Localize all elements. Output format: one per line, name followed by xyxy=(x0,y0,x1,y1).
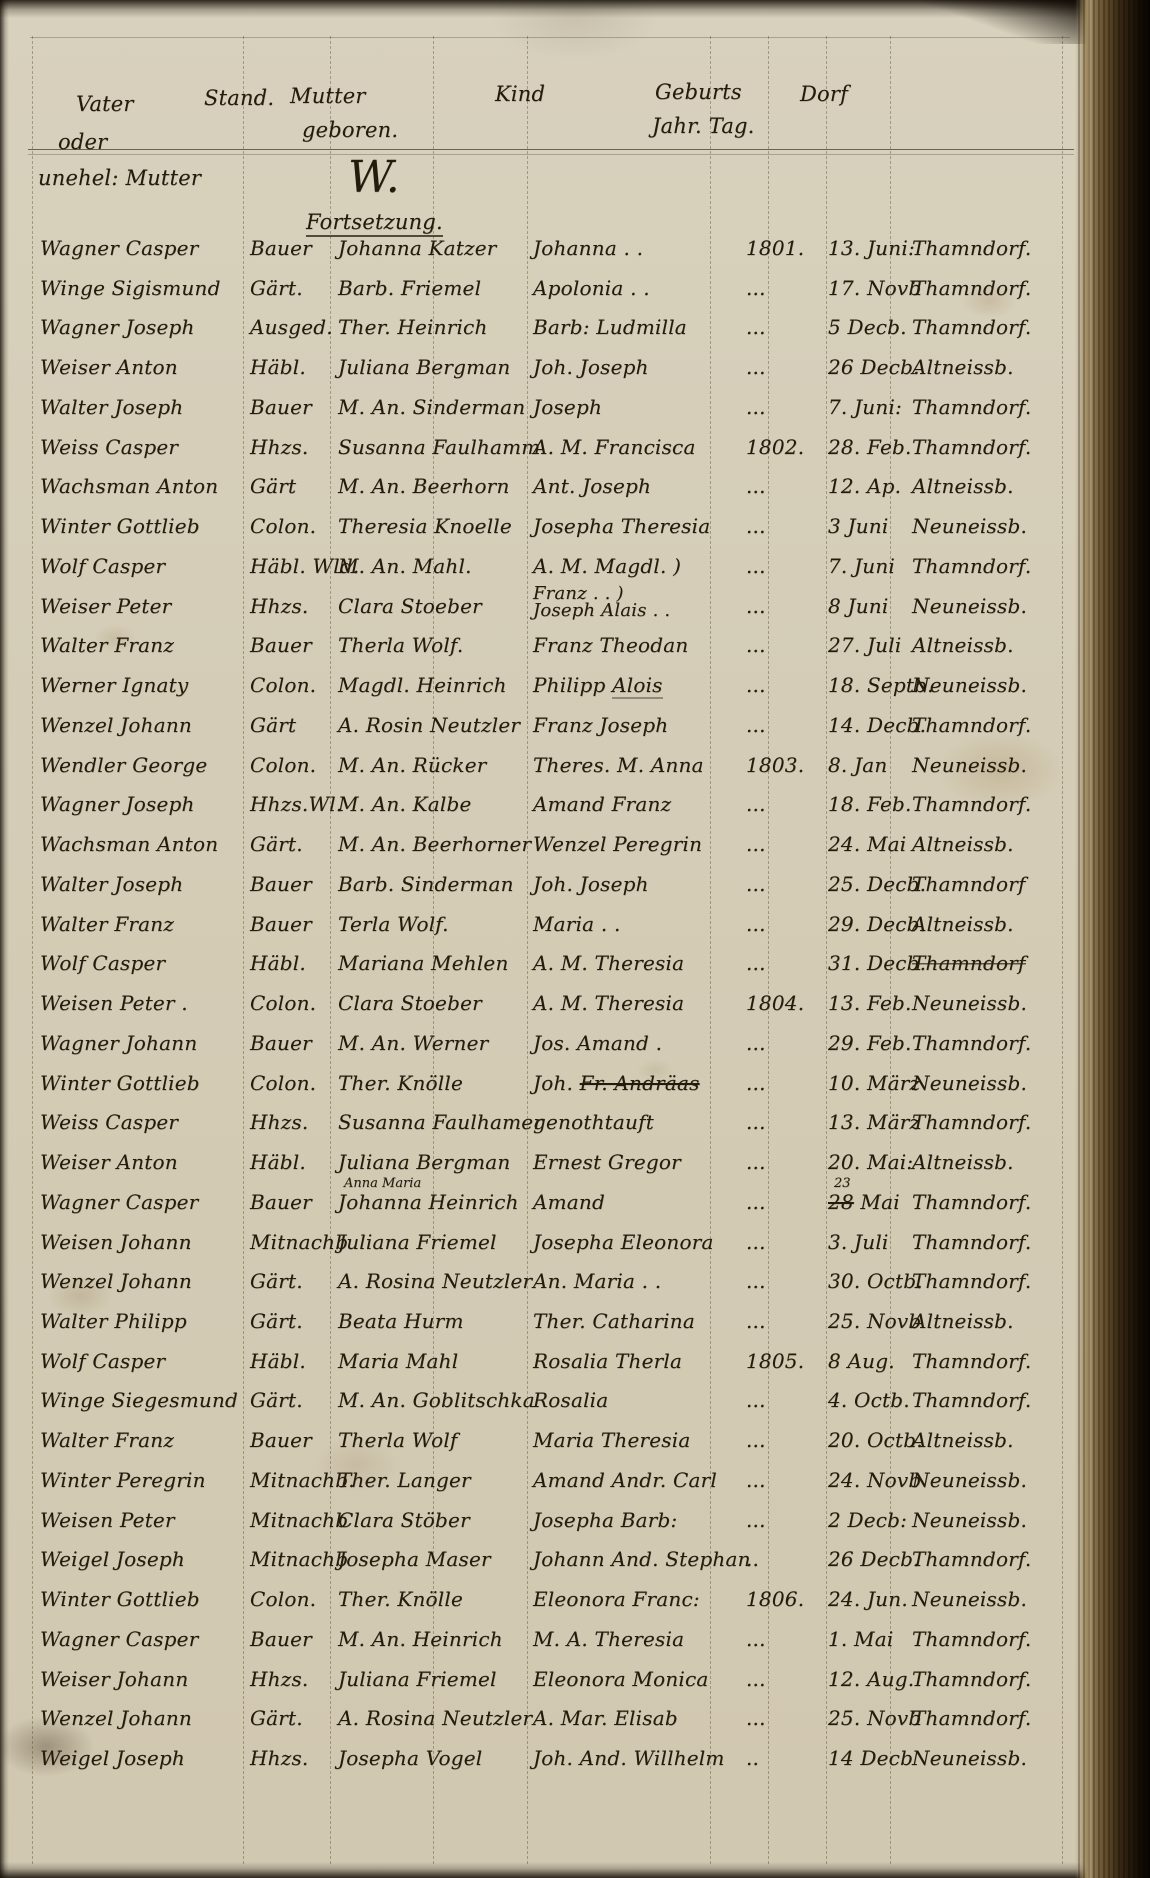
header-stand: Stand. xyxy=(204,86,274,110)
child-name: Joh. Joseph xyxy=(533,872,649,896)
birth-year: ... xyxy=(746,1110,766,1134)
birth-day: 3 Juni xyxy=(828,514,888,538)
father-name: Winge Sigismund xyxy=(40,276,221,300)
register-row: Walter JosephBauerBarb. SindermanJoh. Jo… xyxy=(0,872,1100,912)
status: Hhzs. xyxy=(250,435,308,459)
child-name: Ernest Gregor xyxy=(533,1150,681,1174)
register-row: Weiser AntonHäbl.Juliana BergmanErnest G… xyxy=(0,1150,1100,1190)
register-row: Walter JosephBauerM. An. SindermanJoseph… xyxy=(0,395,1100,435)
birth-day: 29. Feb. xyxy=(828,1031,912,1055)
mother-name: M. An. Goblitschka xyxy=(338,1388,535,1412)
village: Thamndorf. xyxy=(912,315,1031,339)
father-name: Weigel Joseph xyxy=(40,1746,185,1770)
village: Thamndorf. xyxy=(912,1706,1031,1730)
birth-year: ... xyxy=(746,713,766,737)
birth-day: 7. Juni xyxy=(828,554,895,578)
birth-year: 1803. xyxy=(746,753,804,777)
mother-name: Ther. Knölle xyxy=(338,1071,463,1095)
birth-day: 17. Novb xyxy=(828,276,921,300)
village: Thamndorf. xyxy=(912,435,1031,459)
birth-day: 24. Mai xyxy=(828,832,906,856)
father-name: Weiser Anton xyxy=(40,1150,178,1174)
father-name: Wagner Casper xyxy=(40,236,198,260)
header-father-line2: oder xyxy=(58,130,107,154)
child-name: Maria . . xyxy=(533,912,621,936)
village: Thamndorf. xyxy=(912,1230,1031,1254)
birth-year: ... xyxy=(746,514,766,538)
register-row: Wenzel JohannGärt.A. Rosina NeutzlerA. M… xyxy=(0,1706,1100,1746)
mother-name: M. An. Beerhorn xyxy=(338,474,510,498)
village: Altneissb. xyxy=(912,474,1014,498)
status: Mitnachb xyxy=(250,1508,348,1532)
child-name: A. M. Magdl. ) xyxy=(533,554,681,578)
register-row: Winter GottliebColon.Ther. KnölleEleonor… xyxy=(0,1587,1100,1627)
village: Altneissb. xyxy=(912,912,1014,936)
birth-day: 8 Juni xyxy=(828,594,888,618)
mother-name: Therla Wolf xyxy=(338,1428,458,1452)
birth-year: ... xyxy=(746,276,766,300)
register-row: Weiser JohannHhzs.Juliana FriemelEleonor… xyxy=(0,1667,1100,1707)
village: Altneissb. xyxy=(912,633,1014,657)
status: Gärt xyxy=(250,713,296,737)
birth-day: 24. Novb xyxy=(828,1468,921,1492)
child-name: Philipp Alois xyxy=(533,673,663,697)
father-name: Weisen Peter . xyxy=(40,991,188,1015)
child-name: Joseph xyxy=(533,395,602,419)
mother-name: Juliana Friemel xyxy=(338,1667,497,1691)
father-name: Wenzel Johann xyxy=(40,713,192,737)
mother-name: Juliana Bergman xyxy=(338,1150,510,1174)
header-child: Kind xyxy=(495,82,545,106)
birth-day: 13. Feb. xyxy=(828,991,912,1015)
mother-name: M. An. Kalbe xyxy=(338,792,472,816)
village: Thamndorf. xyxy=(912,554,1031,578)
register-row: Weiss CasperHhzs.Susanna FaulhammA. M. F… xyxy=(0,435,1100,475)
birth-year: ... xyxy=(746,912,766,936)
child-name: Theres. M. Anna xyxy=(533,753,704,777)
village: Thamndorf. xyxy=(912,1190,1031,1214)
birth-day: 1. Mai xyxy=(828,1627,893,1651)
birth-year: ... xyxy=(746,1309,766,1333)
mother-name: Maria Mahl xyxy=(338,1349,458,1373)
birth-year: ... xyxy=(746,1428,766,1452)
village: Neuneissb. xyxy=(912,991,1027,1015)
register-row: Weigel JosephMitnachbJosepha MaserJohann… xyxy=(0,1547,1100,1587)
mother-name: A. Rosina Neutzler xyxy=(338,1269,532,1293)
birth-day: 8 Aug. xyxy=(828,1349,895,1373)
father-name: Weisen Johann xyxy=(40,1230,192,1254)
book-binding xyxy=(1075,0,1150,1878)
father-name: Walter Franz xyxy=(40,912,174,936)
birth-year: ... xyxy=(746,1190,766,1214)
village: Thamndorf. xyxy=(912,276,1031,300)
header-rule-1 xyxy=(28,149,1074,150)
status: Bauer xyxy=(250,872,312,896)
birth-day: 18. Feb. xyxy=(828,792,912,816)
village: Altneissb. xyxy=(912,832,1014,856)
village: Neuneissb. xyxy=(912,1071,1027,1095)
child-name: Joh. Fr. Andräas xyxy=(533,1071,700,1095)
birth-year: ... xyxy=(746,474,766,498)
village: Thamndorf. xyxy=(912,1110,1031,1134)
register-row: Weiser AntonHäbl.Juliana BergmanJoh. Jos… xyxy=(0,355,1100,395)
birth-day: 25. Novb xyxy=(828,1706,921,1730)
birth-day: 28. Feb. xyxy=(828,435,912,459)
village: Thamndorf. xyxy=(912,1031,1031,1055)
birth-year: ... xyxy=(746,951,766,975)
header-birth-line1: Geburts xyxy=(655,80,742,104)
status: Häbl. xyxy=(250,1150,306,1174)
father-name: Weigel Joseph xyxy=(40,1547,185,1571)
register-row: Weiss CasperHhzs.Susanna Faulhamergenoth… xyxy=(0,1110,1100,1150)
register-row: Wolf CasperHäbl.Mariana MehlenA. M. Ther… xyxy=(0,951,1100,991)
section-continuation-label: Fortsetzung. xyxy=(306,210,443,237)
birth-year: ... xyxy=(746,554,766,578)
mother-name: Beata Hurm xyxy=(338,1309,464,1333)
register-row: Wagner CasperBauerJohanna KatzerJohanna … xyxy=(0,236,1100,276)
village: Neuneissb. xyxy=(912,753,1027,777)
birth-year: 1804. xyxy=(746,991,804,1015)
mother-name: A. Rosina Neutzler xyxy=(338,1706,532,1730)
birth-day: 2 Decb: xyxy=(828,1508,907,1532)
village: Thamndorf. xyxy=(912,1667,1031,1691)
birth-day: 3. Juli xyxy=(828,1230,889,1254)
mother-name: M. An. Sinderman xyxy=(338,395,525,419)
father-name: Weiss Casper xyxy=(40,1110,178,1134)
mother-name: Clara Stöber xyxy=(338,1508,470,1532)
birth-year: ... xyxy=(746,832,766,856)
mother-name: Magdl. Heinrich xyxy=(338,673,507,697)
status: Bauer xyxy=(250,1031,312,1055)
birth-day: 26 Decb. xyxy=(828,1547,920,1571)
father-name: Winter Gottlieb xyxy=(40,1071,200,1095)
mother-name: Ther. Langer xyxy=(338,1468,471,1492)
child-name: A. M. Theresia xyxy=(533,951,684,975)
register-row: Wenzel JohannGärtA. Rosin NeutzlerFranz … xyxy=(0,713,1100,753)
status: Colon. xyxy=(250,1071,316,1095)
mother-name: Theresia Knoelle xyxy=(338,514,512,538)
status: Colon. xyxy=(250,514,316,538)
birth-year: ... xyxy=(746,1627,766,1651)
birth-year: 1801. xyxy=(746,236,804,260)
register-row: Wolf CasperHäbl.Maria MahlRosalia Therla… xyxy=(0,1349,1100,1389)
father-name: Wendler George xyxy=(40,753,207,777)
child-name: Jos. Amand . xyxy=(533,1031,662,1055)
header-mother-line2: geboren. xyxy=(302,118,398,142)
mother-name: Clara Stoeber xyxy=(338,991,482,1015)
father-name: Wachsman Anton xyxy=(40,474,218,498)
page-left-edge xyxy=(0,0,9,1878)
status: Ausged. xyxy=(250,315,333,339)
birth-day: 20. Mai: xyxy=(828,1150,913,1174)
father-name: Wagner Johann xyxy=(40,1031,197,1055)
father-name: Weisen Peter xyxy=(40,1508,175,1532)
header-rule-2 xyxy=(28,154,1074,155)
binding-highlight xyxy=(1088,0,1092,1878)
father-name: Wagner Joseph xyxy=(40,792,195,816)
scanned-register-page: { "colors": {"paper":"#d4ccb8","ink":"#2… xyxy=(0,0,1150,1878)
status: Colon. xyxy=(250,753,316,777)
birth-year: 1806. xyxy=(746,1587,804,1611)
village: Thamndorf xyxy=(912,872,1026,896)
mother-name: M. An. Beerhorner xyxy=(338,832,531,856)
birth-year: ... xyxy=(746,872,766,896)
register-row: Winge SiegesmundGärt.M. An. GoblitschkaR… xyxy=(0,1388,1100,1428)
birth-year: ... xyxy=(746,1508,766,1532)
birth-year: ... xyxy=(746,395,766,419)
section-letter: W. xyxy=(348,152,400,203)
child-name: Franz Joseph xyxy=(533,713,668,737)
child-name: Rosalia xyxy=(533,1388,608,1412)
father-name: Wenzel Johann xyxy=(40,1706,192,1730)
father-name: Weiser Johann xyxy=(40,1667,188,1691)
register-row: Wendler GeorgeColon.M. An. RückerTheres.… xyxy=(0,753,1100,793)
birth-year: ... xyxy=(746,1388,766,1412)
status: Häbl. xyxy=(250,1349,306,1373)
father-name: Winter Gottlieb xyxy=(40,514,200,538)
child-name: Johanna . . xyxy=(533,236,643,260)
register-row: Walter PhilippGärt.Beata HurmTher. Catha… xyxy=(0,1309,1100,1349)
birth-year: ... xyxy=(746,1706,766,1730)
village: Neuneissb. xyxy=(912,1508,1027,1532)
register-row: Weisen Peter .Colon.Clara StoeberA. M. T… xyxy=(0,991,1100,1031)
village: Altneissb. xyxy=(912,355,1014,379)
register-row: Winter GottliebColon.Ther. KnölleJoh. Fr… xyxy=(0,1071,1100,1111)
register-row: Wachsman AntonGärt.M. An. BeerhornerWenz… xyxy=(0,832,1100,872)
birth-day: 14 Decb xyxy=(828,1746,913,1770)
birth-year: ... xyxy=(746,1468,766,1492)
father-name: Walter Philipp xyxy=(40,1309,187,1333)
village: Thamndorf. xyxy=(912,1547,1031,1571)
village: Altneissb. xyxy=(912,1150,1014,1174)
father-name: Weiser Anton xyxy=(40,355,178,379)
mother-name: M. An. Werner xyxy=(338,1031,488,1055)
status: Hhzs.Wl. xyxy=(250,792,342,816)
status: Bauer xyxy=(250,395,312,419)
village: Neuneissb. xyxy=(912,514,1027,538)
status: Mitnachb xyxy=(250,1547,348,1571)
child-name: genothtauft xyxy=(533,1110,654,1134)
register-row: Walter FranzBauerTerla Wolf.Maria . ....… xyxy=(0,912,1100,952)
status: Bauer xyxy=(250,1428,312,1452)
status: Colon. xyxy=(250,991,316,1015)
father-name: Wagner Casper xyxy=(40,1190,198,1214)
father-name: Wolf Casper xyxy=(40,951,165,975)
village: Thamndorf. xyxy=(912,713,1031,737)
child-name: Amand xyxy=(533,1190,605,1214)
header-father-line1: Vater xyxy=(76,92,134,116)
register-row: Winter PeregrinMitnachb.Ther. LangerAman… xyxy=(0,1468,1100,1508)
father-name: Walter Franz xyxy=(40,633,174,657)
child-name: Johann And. Stephan xyxy=(533,1547,751,1571)
mother-name: M. An. Heinrich xyxy=(338,1627,503,1651)
child-name: An. Maria . . xyxy=(533,1269,661,1293)
child-name: Amand Franz xyxy=(533,792,671,816)
status: Bauer xyxy=(250,1190,312,1214)
child-name: Eleonora Monica xyxy=(533,1667,709,1691)
birth-day: 13. März xyxy=(828,1110,920,1134)
birth-day: 13. Juni: xyxy=(828,236,915,260)
birth-year: ... xyxy=(746,673,766,697)
birth-day: 24. Jun. xyxy=(828,1587,908,1611)
mother-name: Terla Wolf. xyxy=(338,912,449,936)
status: Gärt. xyxy=(250,1269,303,1293)
status: Gärt. xyxy=(250,1309,303,1333)
status: Gärt. xyxy=(250,1388,303,1412)
mother-name: M. An. Rücker xyxy=(338,753,487,777)
mother-name: Anna MariaJohanna Heinrich xyxy=(338,1190,519,1214)
village: Neuneissb. xyxy=(912,1468,1027,1492)
village: Thamndorf. xyxy=(912,792,1031,816)
birth-year: ... xyxy=(746,594,766,618)
mother-name: Clara Stoeber xyxy=(338,594,482,618)
father-name: Winter Gottlieb xyxy=(40,1587,200,1611)
child-name: Wenzel Peregrin xyxy=(533,832,702,856)
child-name: A. M. Theresia xyxy=(533,991,684,1015)
status: Hhzs. xyxy=(250,1110,308,1134)
village: Altneissb. xyxy=(912,1428,1014,1452)
birth-year: .. xyxy=(746,1746,759,1770)
birth-year: ... xyxy=(746,1071,766,1095)
birth-year: ... xyxy=(746,355,766,379)
child-name: Apolonia . . xyxy=(533,276,650,300)
father-name: Winter Peregrin xyxy=(40,1468,206,1492)
birth-day: 8. Jan xyxy=(828,753,887,777)
status: Bauer xyxy=(250,912,312,936)
status: Gärt. xyxy=(250,276,303,300)
register-row: Wagner JohannBauerM. An. WernerJos. Aman… xyxy=(0,1031,1100,1071)
birth-year: ... xyxy=(746,792,766,816)
mother-name: Therla Wolf. xyxy=(338,633,463,657)
mother-name: Susanna Faulhamer xyxy=(338,1110,543,1134)
child-name: Josepha Barb: xyxy=(533,1508,677,1532)
header-village: Dorf xyxy=(800,82,848,106)
child-name: Franz Theodan xyxy=(533,633,688,657)
birth-day: 7. Juni: xyxy=(828,395,902,419)
birth-day: 27. Juli xyxy=(828,633,901,657)
status: Bauer xyxy=(250,633,312,657)
status: Bauer xyxy=(250,1627,312,1651)
birth-year: 1802. xyxy=(746,435,804,459)
status: Bauer xyxy=(250,236,312,260)
status: Hhzs. xyxy=(250,594,308,618)
child-name: Barb: Ludmilla xyxy=(533,315,687,339)
register-row: Wenzel JohannGärt.A. Rosina NeutzlerAn. … xyxy=(0,1269,1100,1309)
father-name: Wagner Joseph xyxy=(40,315,195,339)
status: Gärt. xyxy=(250,1706,303,1730)
child-name: Joh. Joseph xyxy=(533,355,649,379)
mother-name: Juliana Bergman xyxy=(338,355,510,379)
register-row: Weigel JosephHhzs.Josepha VogelJoh. And.… xyxy=(0,1746,1100,1786)
father-name: Winge Siegesmund xyxy=(40,1388,238,1412)
mother-name: Susanna Faulhamm xyxy=(338,435,540,459)
village: Neuneissb. xyxy=(912,1746,1027,1770)
birth-day: 20. Octb. xyxy=(828,1428,923,1452)
page-bottom-edge xyxy=(0,1862,1150,1878)
child-name: Amand Andr. Carl xyxy=(533,1468,717,1492)
register-row: Werner IgnatyColon.Magdl. HeinrichPhilip… xyxy=(0,673,1100,713)
father-name: Walter Joseph xyxy=(40,395,183,419)
father-name: Weiss Casper xyxy=(40,435,178,459)
status: Hhzs. xyxy=(250,1746,308,1770)
status: Colon. xyxy=(250,1587,316,1611)
status: Mitnachb xyxy=(250,1230,348,1254)
header-birth-line2: Jahr. Tag. xyxy=(652,114,755,138)
child-name: Franz . . )Joseph Alais . . xyxy=(533,585,670,619)
child-name: Rosalia Therla xyxy=(533,1349,682,1373)
birth-year: ... xyxy=(746,1230,766,1254)
register-row: Winge SigismundGärt.Barb. FriemelApoloni… xyxy=(0,276,1100,316)
birth-year: ... xyxy=(746,1031,766,1055)
child-name: Ant. Joseph xyxy=(533,474,651,498)
mother-name: Juliana Friemel xyxy=(338,1230,497,1254)
status: Gärt xyxy=(250,474,296,498)
father-name: Werner Ignaty xyxy=(40,673,188,697)
village: Thamndorf xyxy=(912,951,1026,975)
child-name: Joh. And. Willhelm xyxy=(533,1746,725,1770)
father-name: Wagner Casper xyxy=(40,1627,198,1651)
mother-name: Mariana Mehlen xyxy=(338,951,509,975)
status: Häbl. xyxy=(250,355,306,379)
father-name: Wolf Casper xyxy=(40,554,165,578)
child-name: Eleonora Franc: xyxy=(533,1587,700,1611)
mother-name: Ther. Heinrich xyxy=(338,315,488,339)
village: Thamndorf. xyxy=(912,1269,1031,1293)
mother-name: Barb. Sinderman xyxy=(338,872,514,896)
mother-name: Johanna Katzer xyxy=(338,236,497,260)
status: Gärt. xyxy=(250,832,303,856)
register-row: Wachsman AntonGärtM. An. BeerhornAnt. Jo… xyxy=(0,474,1100,514)
village: Neuneissb. xyxy=(912,1587,1027,1611)
birth-year: ... xyxy=(746,1667,766,1691)
register-row: Weisen PeterMitnachbClara StöberJosepha … xyxy=(0,1508,1100,1548)
village: Neuneissb. xyxy=(912,673,1027,697)
status: Häbl. xyxy=(250,951,306,975)
village: Altneissb. xyxy=(912,1309,1014,1333)
village: Thamndorf. xyxy=(912,1349,1031,1373)
village: Thamndorf. xyxy=(912,395,1031,419)
birth-year: 1805. xyxy=(746,1349,804,1373)
mother-name: Barb. Friemel xyxy=(338,276,481,300)
child-name: M. A. Theresia xyxy=(533,1627,684,1651)
register-row: Wagner CasperBauerAnna MariaJohanna Hein… xyxy=(0,1190,1100,1230)
father-name: Wenzel Johann xyxy=(40,1269,192,1293)
register-row: Winter GottliebColon.Theresia KnoelleJos… xyxy=(0,514,1100,554)
header-mother-line1: Mutter xyxy=(290,84,366,108)
village: Neuneissb. xyxy=(912,594,1027,618)
child-name: Josepha Eleonora xyxy=(533,1230,714,1254)
birth-year: .. xyxy=(746,1547,759,1571)
birth-day: 2328 Mai xyxy=(828,1190,900,1214)
register-row: Weisen JohannMitnachbJuliana FriemelJose… xyxy=(0,1230,1100,1270)
mother-name: A. Rosin Neutzler xyxy=(338,713,520,737)
status: Colon. xyxy=(250,673,316,697)
father-name: Wolf Casper xyxy=(40,1349,165,1373)
mother-name: M. An. Mahl. xyxy=(338,554,472,578)
birth-day: 25. Novb xyxy=(828,1309,921,1333)
birth-year: ... xyxy=(746,1150,766,1174)
mother-name: Josepha Vogel xyxy=(338,1746,482,1770)
father-name: Weiser Peter xyxy=(40,594,171,618)
birth-year: ... xyxy=(746,315,766,339)
mother-name: Ther. Knölle xyxy=(338,1587,463,1611)
father-name: Walter Joseph xyxy=(40,872,183,896)
birth-year: ... xyxy=(746,1269,766,1293)
child-name: Maria Theresia xyxy=(533,1428,690,1452)
birth-day: 5 Decb. xyxy=(828,315,907,339)
birth-day: 26 Decb. xyxy=(828,355,920,379)
register-row: Walter FranzBauerTherla Wolf.Franz Theod… xyxy=(0,633,1100,673)
